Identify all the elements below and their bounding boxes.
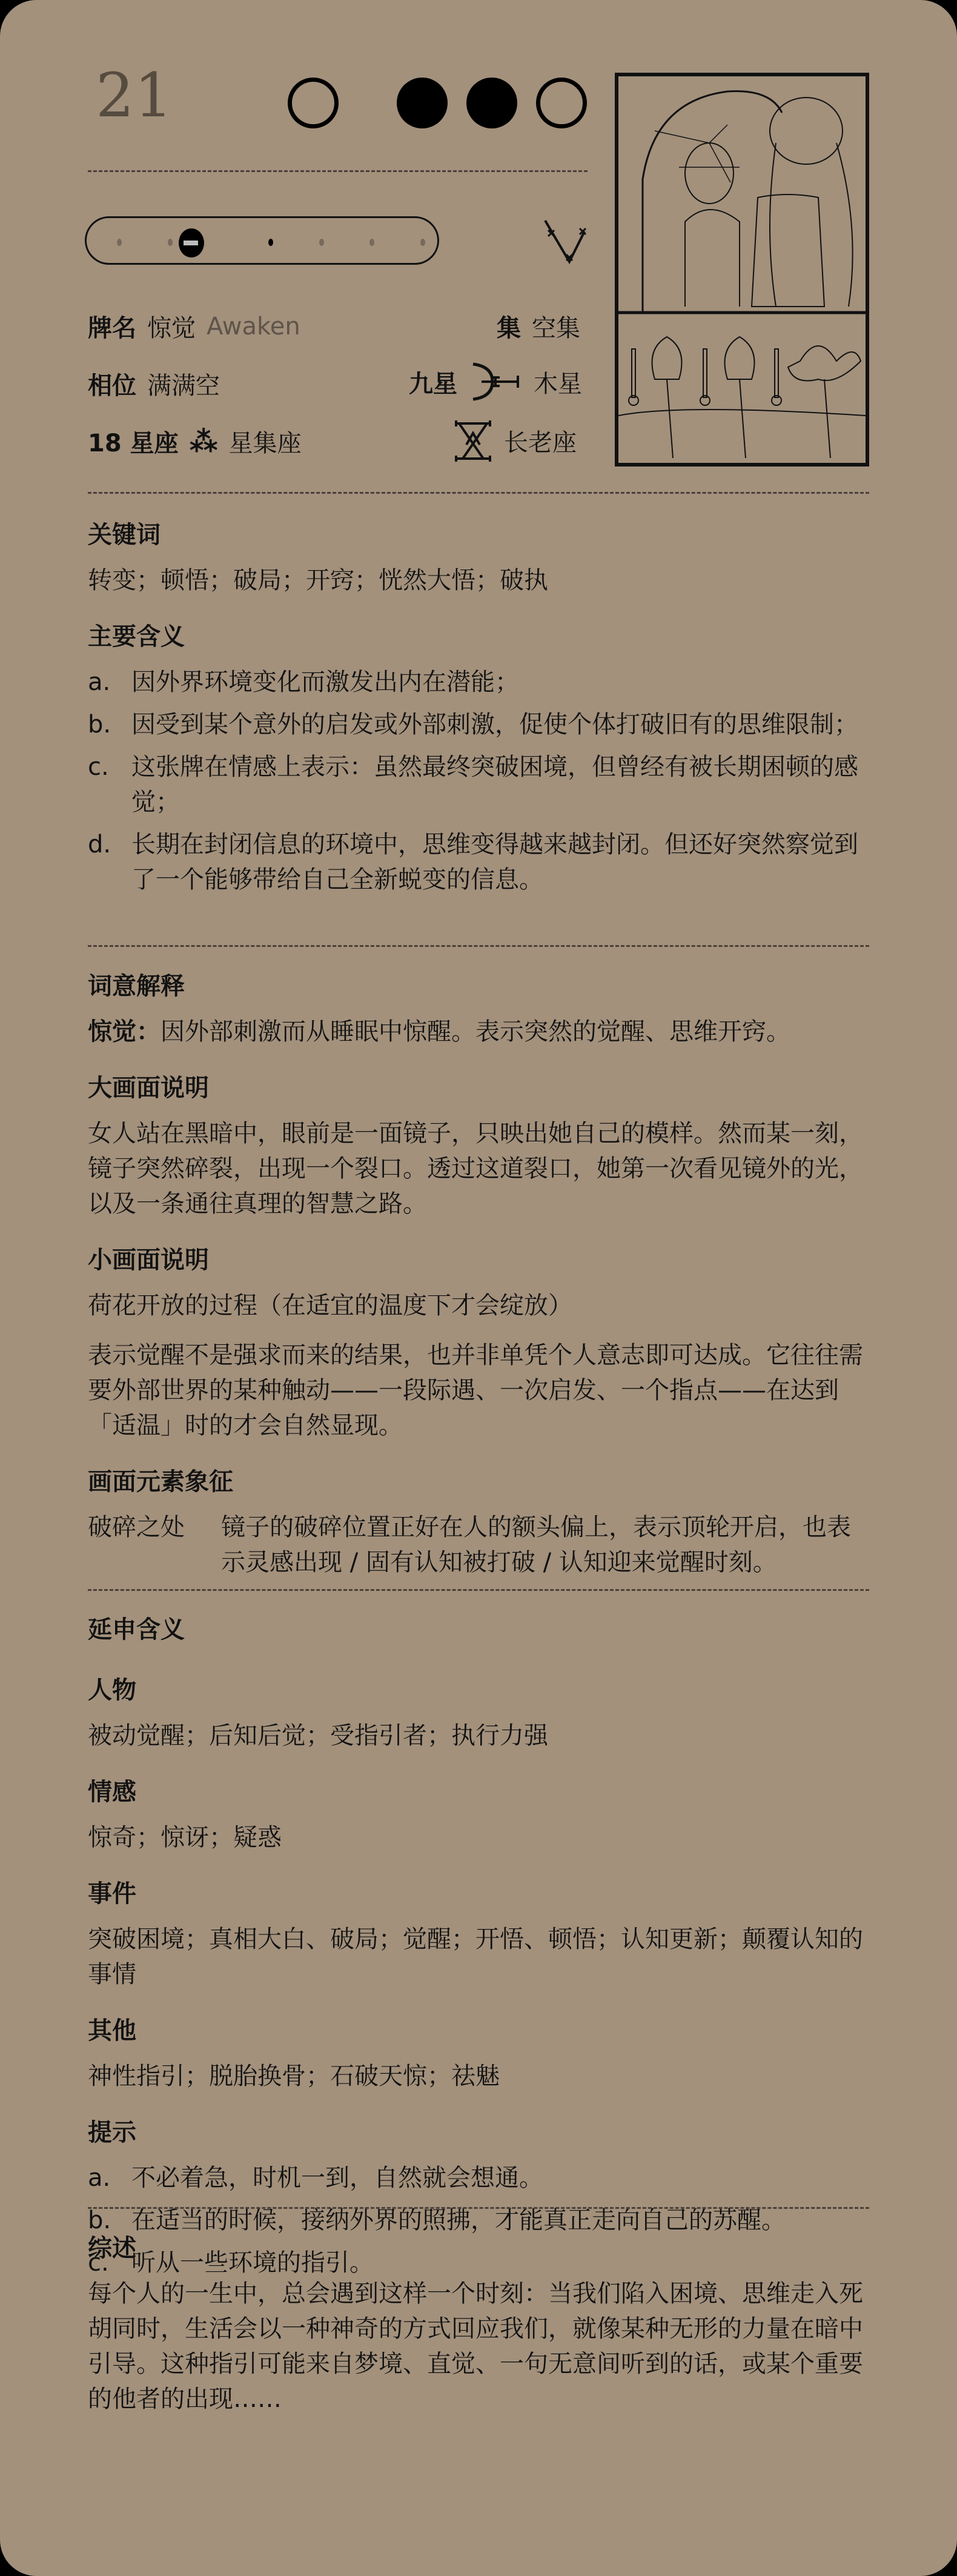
phase-slider[interactable] bbox=[85, 216, 439, 265]
emotion-text: 惊奇；惊讶；疑惑 bbox=[88, 1820, 869, 1855]
small-picture-text1: 荷花开放的过程（在适宜的温度下才会绽放） bbox=[88, 1288, 869, 1323]
constellation-row: 18 星座 ⁂ 星集座 bbox=[88, 424, 302, 459]
small-picture-title: 小画面说明 bbox=[88, 1243, 869, 1277]
keywords-title: 关键词 bbox=[88, 518, 869, 552]
tarot-card-page: 21 bbox=[0, 0, 957, 2576]
other-title: 其他 bbox=[88, 2014, 869, 2048]
divider bbox=[88, 1589, 869, 1591]
people-title: 人物 bbox=[88, 1673, 869, 1707]
interpretation-section: 词意解释 惊觉：因外部刺激而从睡眠中惊醒。表示突然的觉醒、思维开窍。 大画面说明… bbox=[88, 969, 869, 1580]
big-picture-text: 女人站在黑暗中，眼前是一面镜子，只映出她自己的模样。然而某一刻，镜子突然碎裂，出… bbox=[88, 1116, 869, 1221]
phase-value: 满满空 bbox=[147, 367, 220, 401]
keywords-text: 转变；顿悟；破局；开窍；恍然大悟；破执 bbox=[88, 563, 869, 598]
summary-section: 综述 每个人的一生中，总会遇到这样一个时刻：当我们陷入困境、思维走入死胡同时，生… bbox=[88, 2231, 869, 2438]
name-cn: 惊觉 bbox=[147, 309, 196, 344]
word-meaning-title: 词意解释 bbox=[88, 969, 869, 1003]
moon-empty-icon bbox=[536, 78, 587, 128]
slider-dot[interactable] bbox=[117, 239, 122, 246]
big-picture-title: 大画面说明 bbox=[88, 1071, 869, 1105]
jupiter-icon bbox=[468, 360, 523, 403]
list-item: c.这张牌在情感上表示：虽然最终突破困境，但曾经有被长期困顿的感觉； bbox=[88, 749, 869, 820]
elder-sigil-icon bbox=[453, 418, 493, 463]
card-name-row: 牌名 惊觉 Awaken bbox=[88, 309, 300, 344]
planet-value: 木星 bbox=[534, 365, 582, 399]
summary-title: 综述 bbox=[88, 2231, 869, 2265]
set-row: 集 空集 bbox=[497, 309, 580, 344]
emotion-title: 情感 bbox=[88, 1775, 869, 1809]
set-value: 空集 bbox=[532, 309, 580, 344]
word-meaning-text: 惊觉：因外部刺激而从睡眠中惊醒。表示突然的觉醒、思维开窍。 bbox=[88, 1014, 869, 1049]
card-illustration bbox=[615, 73, 869, 466]
slider-dot[interactable] bbox=[319, 239, 324, 246]
summary-text: 每个人的一生中，总会遇到这样一个时刻：当我们陷入困境、思维走入死胡同时，生活会以… bbox=[88, 2276, 869, 2417]
symbol-key: 破碎之处 bbox=[88, 1510, 221, 1580]
moon-full-icon bbox=[397, 78, 448, 128]
slider-knob[interactable] bbox=[179, 228, 204, 257]
divider bbox=[88, 492, 869, 494]
constellation-value: 星集座 bbox=[229, 424, 302, 459]
moon-empty-icon bbox=[288, 78, 339, 128]
slider-dot[interactable] bbox=[168, 239, 173, 246]
extended-title: 延申含义 bbox=[88, 1613, 869, 1647]
mirror-women-lotus-illustration bbox=[618, 76, 866, 463]
divider bbox=[88, 2207, 869, 2209]
set-label: 集 bbox=[497, 309, 521, 344]
phase-label: 相位 bbox=[88, 367, 136, 401]
name-en: Awaken bbox=[207, 313, 300, 340]
divider bbox=[88, 170, 588, 172]
event-text: 突破困境；真相大白、破局；觉醒；开悟、顿悟；认知更新；颠覆认知的事情 bbox=[88, 1922, 869, 1992]
symbol-item: 破碎之处 镜子的破碎位置正好在人的额头偏上，表示顶轮开启，也表示灵感出现 / 固… bbox=[88, 1510, 869, 1580]
list-item: a.不必着急，时机一到，自然就会想通。 bbox=[88, 2160, 869, 2196]
elder-value: 长老座 bbox=[504, 423, 577, 458]
hint-title: 提示 bbox=[88, 2116, 869, 2149]
main-meaning-title: 主要含义 bbox=[88, 620, 869, 654]
event-title: 事件 bbox=[88, 1877, 869, 1911]
people-text: 被动觉醒；后知后觉；受指引者；执行力强 bbox=[88, 1718, 869, 1753]
planet-row: 九星 木星 bbox=[409, 360, 582, 403]
phase-row: 相位 满满空 bbox=[88, 367, 220, 401]
card-number: 21 bbox=[96, 65, 173, 126]
divider bbox=[88, 945, 869, 947]
planet-label: 九星 bbox=[409, 365, 457, 399]
list-item: b.因受到某个意外的启发或外部刺激，促使个体打破旧有的思维限制； bbox=[88, 707, 869, 742]
name-label: 牌名 bbox=[88, 309, 136, 344]
symbol-text: 镜子的破碎位置正好在人的额头偏上，表示顶轮开启，也表示灵感出现 / 固有认知被打… bbox=[221, 1510, 869, 1580]
list-item: a.因外界环境变化而激发出内在潜能； bbox=[88, 665, 869, 700]
constellation-icon bbox=[542, 219, 591, 265]
symbols-title: 画面元素象征 bbox=[88, 1465, 869, 1499]
small-picture-text2: 表示觉醒不是强求而来的结果，也并非单凭个人意志即可达成。它往往需要外部世界的某种… bbox=[88, 1338, 869, 1443]
other-text: 神性指引；脱胎换骨；石破天惊；祛魅 bbox=[88, 2059, 869, 2094]
moon-full-icon bbox=[466, 78, 517, 128]
slider-dot[interactable] bbox=[420, 239, 425, 246]
star-cluster-icon: ⁂ bbox=[190, 428, 218, 456]
keywords-section: 关键词 转变；顿悟；破局；开窍；恍然大悟；破执 主要含义 a.因外界环境变化而激… bbox=[88, 518, 869, 905]
list-item: d.长期在封闭信息的环境中，思维变得越来越封闭。但还好突然察觉到了一个能够带给自… bbox=[88, 827, 869, 897]
slider-dot[interactable] bbox=[268, 239, 273, 246]
constellation-label: 18 星座 bbox=[88, 424, 179, 459]
elder-row: 长老座 bbox=[453, 418, 577, 463]
slider-dot[interactable] bbox=[369, 239, 374, 246]
extended-section: 延申含义 人物 被动觉醒；后知后觉；受指引者；执行力强 情感 惊奇；惊讶；疑惑 … bbox=[88, 1613, 869, 2288]
